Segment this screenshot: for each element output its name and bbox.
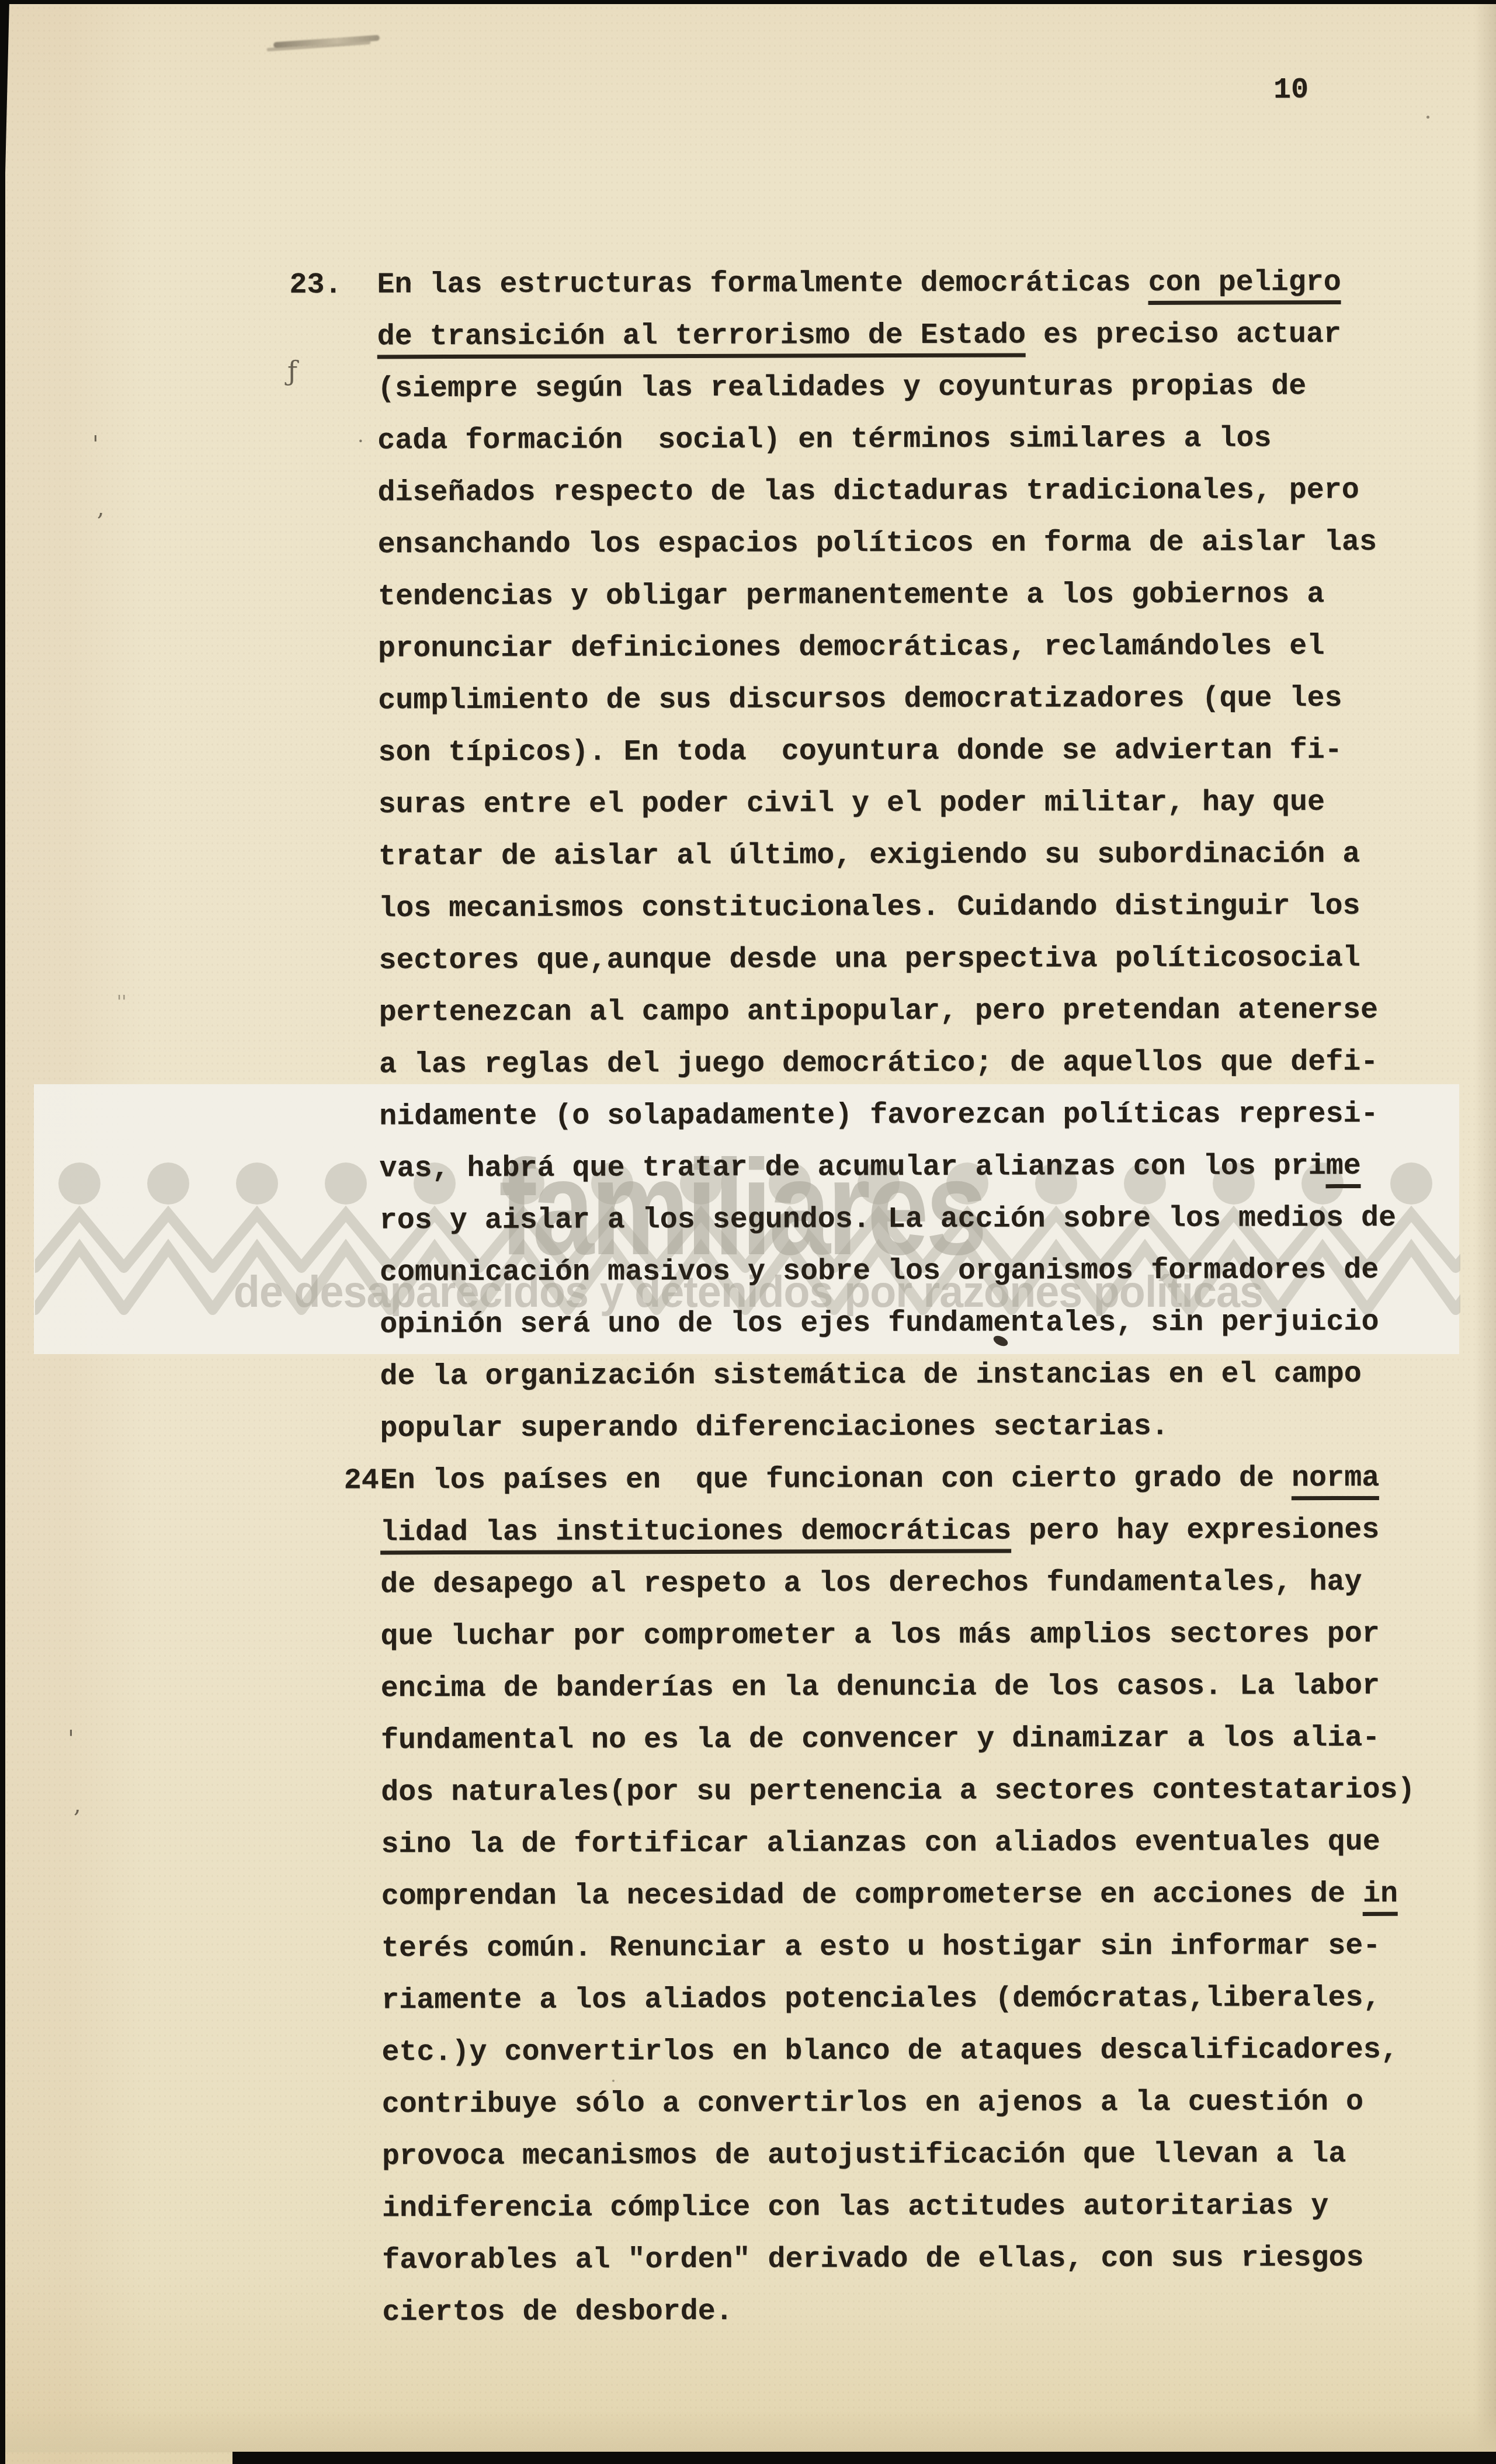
text-segment: opinión será uno de los ejes fundamental… <box>380 1306 1379 1341</box>
text-segment: cumplimiento de sus discursos democratiz… <box>378 682 1342 717</box>
text-segment: de transición al terrorismo de Estado <box>377 318 1026 359</box>
scan-border-left <box>0 0 5 2464</box>
typed-line: de la organización sistemática de instan… <box>380 1348 1449 1403</box>
text-segment: fundamental no es la de convencer y dina… <box>381 1722 1380 1757</box>
text-segment: es preciso actuar <box>1026 318 1341 352</box>
text-segment: (siempre según las realidades y coyuntur… <box>377 370 1306 405</box>
stray-ink-mark: '' <box>117 992 127 1012</box>
text-segment: popular superando diferenciaciones secta… <box>380 1410 1169 1446</box>
typed-line: cumplimiento de sus discursos democratiz… <box>378 672 1447 727</box>
typed-line: comprendan la necesidad de comprometerse… <box>381 1868 1450 1923</box>
typed-line: fundamental no es la de convencer y dina… <box>381 1712 1450 1767</box>
typed-text-block: 23.En las estructuras formalmente democr… <box>377 256 1451 2339</box>
text-segment: terés común. Renunciar a esto u hostigar… <box>381 1929 1380 1965</box>
typed-line: lidad las instituciones democráticas per… <box>380 1504 1449 1559</box>
text-segment: de desapego al respeto a los derechos fu… <box>380 1566 1362 1601</box>
text-segment: ensanchando los espacios políticos en fo… <box>378 526 1377 561</box>
text-segment: encima de banderías en la denuncia de lo… <box>381 1670 1380 1705</box>
typed-line: los mecanismos constitucionales. Cuidand… <box>379 880 1448 935</box>
text-segment: pertenezcan al campo antipopular, pero p… <box>379 994 1378 1029</box>
text-segment: sectores que,aunque desde una perspectiv… <box>379 942 1360 977</box>
typed-line: de desapego al respeto a los derechos fu… <box>380 1556 1449 1611</box>
typed-line: 24.En los países en que funcionan con ci… <box>380 1452 1449 1507</box>
text-segment: diseñados respecto de las dictaduras tra… <box>377 474 1359 509</box>
typed-line: que luchar por comprometer a los más amp… <box>380 1608 1449 1663</box>
text-segment: pero hay expresiones <box>1011 1514 1379 1548</box>
typed-line: tratar de aislar al último, exigiendo su… <box>379 828 1448 883</box>
paper-speck <box>1426 116 1429 119</box>
text-segment: En las estructuras formalmente democráti… <box>377 266 1148 301</box>
paper-speck <box>407 282 411 285</box>
text-segment: tratar de aislar al último, exigiendo su… <box>379 838 1360 873</box>
text-segment: contribuye sólo a convertirlos en ajenos… <box>382 2085 1363 2121</box>
typed-line: provoca mecanismos de autojustificación … <box>382 2128 1451 2183</box>
paper-speck <box>612 2080 615 2082</box>
text-segment: suras entre el poder civil y el poder mi… <box>379 786 1325 821</box>
typed-line: sino la de fortificar alianzas con aliad… <box>381 1816 1450 1871</box>
scan-border-bottom <box>232 2452 1496 2464</box>
text-segment: con peligro <box>1148 266 1341 305</box>
typed-line: riamente a los aliados potenciales (demó… <box>381 1972 1450 2027</box>
stray-ink-mark: ƒ <box>287 355 297 387</box>
scanned-document-page: familiares de desaparecidos y detenidos … <box>0 0 1496 2464</box>
typed-line: terés común. Renunciar a esto u hostigar… <box>381 1920 1450 1975</box>
text-segment: vas, habrá que tratar de acumular alianz… <box>379 1150 1325 1185</box>
text-segment: in <box>1363 1878 1398 1916</box>
typed-line: ciertos de desborde. <box>382 2284 1451 2339</box>
typed-line: de transición al terrorismo de Estado es… <box>377 308 1446 363</box>
text-segment: norma <box>1292 1462 1379 1500</box>
text-segment: nidamente (o solapadamente) favorezcan p… <box>379 1098 1378 1133</box>
typed-line: ros y aislar a los segundos. La acción s… <box>380 1192 1449 1247</box>
typed-line: diseñados respecto de las dictaduras tra… <box>377 464 1446 519</box>
text-segment: que luchar por comprometer a los más amp… <box>380 1618 1379 1653</box>
page-number: 10 <box>1273 76 1308 105</box>
typed-line: nidamente (o solapadamente) favorezcan p… <box>379 1088 1448 1143</box>
text-segment: lidad las instituciones democráticas <box>380 1515 1011 1555</box>
text-segment: dos naturales(por su pertenencia a secto… <box>381 1774 1415 1810</box>
typed-line: pertenezcan al campo antipopular, pero p… <box>379 984 1448 1039</box>
typed-line: popular superando diferenciaciones secta… <box>380 1400 1449 1455</box>
typed-line: dos naturales(por su pertenencia a secto… <box>381 1764 1450 1819</box>
stray-ink-mark: , <box>97 494 105 521</box>
stray-ink-mark: ' <box>68 1726 74 1752</box>
text-segment: son típicos). En toda coyuntura donde se… <box>378 734 1342 769</box>
text-segment: de la organización sistemática de instan… <box>380 1358 1361 1393</box>
text-segment: riamente a los aliados potenciales (demó… <box>381 1981 1380 2017</box>
text-segment: ciertos de desborde. <box>382 2295 733 2330</box>
typed-line: etc.)y convertirlos en blanco de ataques… <box>381 2024 1450 2079</box>
stray-ink-mark: · <box>357 430 364 453</box>
typed-line: favorables al "orden" derivado de ellas,… <box>382 2232 1451 2287</box>
typed-line: son típicos). En toda coyuntura donde se… <box>378 724 1447 779</box>
text-segment: indiferencia cómplice con las actitudes … <box>382 2189 1328 2225</box>
paragraph-number: 23. <box>289 259 342 311</box>
text-segment: provoca mecanismos de autojustificación … <box>382 2137 1346 2173</box>
typed-line: contribuye sólo a convertirlos en ajenos… <box>381 2076 1450 2131</box>
text-segment: En los países en que funcionan con ciert… <box>380 1462 1292 1497</box>
scan-border-top <box>0 0 1496 4</box>
scan-bottom-shadow <box>0 2410 1496 2452</box>
paragraph-number: 24. <box>344 1455 397 1507</box>
typed-line: suras entre el poder civil y el poder mi… <box>379 776 1448 831</box>
typed-line: 23.En las estructuras formalmente democr… <box>377 256 1446 311</box>
typed-line: sectores que,aunque desde una perspectiv… <box>379 932 1448 987</box>
text-segment: comunicación masivos y sobre los organis… <box>380 1254 1379 1289</box>
typed-line: comunicación masivos y sobre los organis… <box>380 1244 1449 1299</box>
typed-line: vas, habrá que tratar de acumular alianz… <box>379 1140 1448 1195</box>
typed-line: pronunciar definiciones democráticas, re… <box>378 620 1447 675</box>
stray-ink-mark: ' <box>92 431 99 458</box>
text-segment: los mecanismos constitucionales. Cuidand… <box>379 890 1360 925</box>
text-segment: favorables al "orden" derivado de ellas,… <box>382 2241 1363 2277</box>
text-segment: comprendan la necesidad de comprometerse… <box>381 1878 1363 1913</box>
text-segment: a las reglas del juego democrático; de a… <box>379 1046 1378 1081</box>
typed-line: (siempre según las realidades y coyuntur… <box>377 360 1446 415</box>
text-segment: sino la de fortificar alianzas con aliad… <box>381 1826 1380 1861</box>
typed-line: indiferencia cómplice con las actitudes … <box>382 2180 1451 2235</box>
text-segment: ros y aislar a los segundos. La acción s… <box>380 1202 1396 1238</box>
scan-right-shadow <box>1474 0 1496 2464</box>
text-segment: cada formación social) en términos simil… <box>377 422 1271 457</box>
text-segment: etc.)y convertirlos en blanco de ataques… <box>381 2033 1398 2070</box>
typed-line: cada formación social) en términos simil… <box>377 412 1446 467</box>
typed-line: ensanchando los espacios políticos en fo… <box>378 516 1447 571</box>
text-segment: pronunciar definiciones democráticas, re… <box>378 630 1324 665</box>
typed-line: a las reglas del juego democrático; de a… <box>379 1036 1448 1091</box>
stray-ink-mark: , <box>74 1791 81 1818</box>
text-segment: tendencias y obligar permanentemente a l… <box>378 578 1324 613</box>
text-segment: me <box>1326 1150 1361 1188</box>
typed-line: tendencias y obligar permanentemente a l… <box>378 568 1447 623</box>
typed-line: opinión será uno de los ejes fundamental… <box>380 1296 1449 1351</box>
typed-line: encima de banderías en la denuncia de lo… <box>381 1660 1450 1715</box>
